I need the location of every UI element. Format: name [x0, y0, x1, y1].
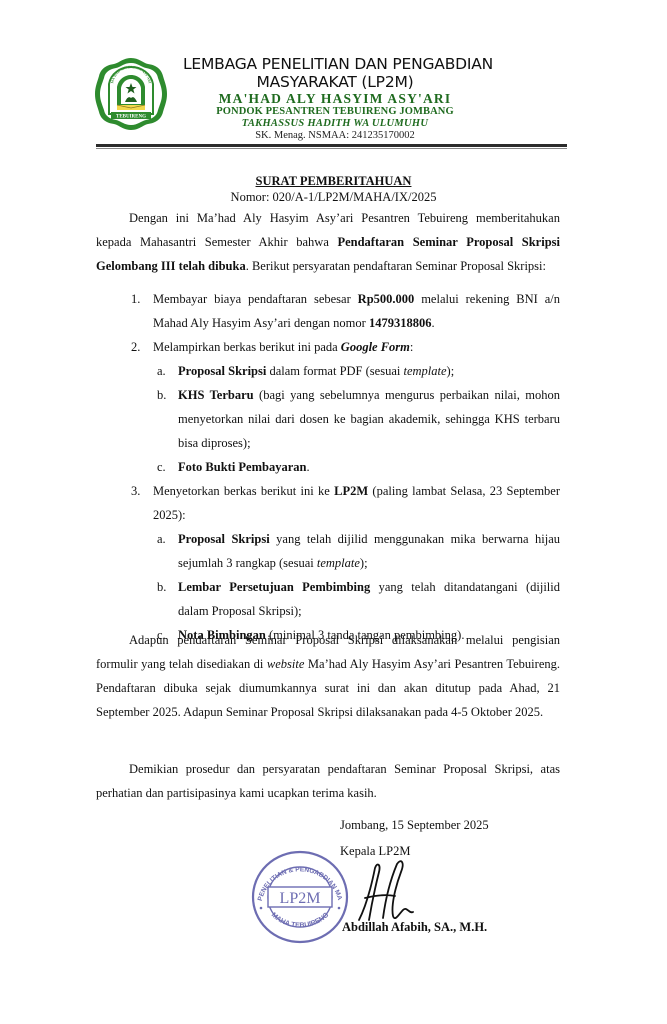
sub-list-item: b.KHS Terbaru (bagi yang sebelumnya meng… — [96, 383, 560, 455]
list-item: 2.Melampirkan berkas berikut ini pada Go… — [96, 335, 560, 359]
registration-number: SK. Menag. NSMAA: 241235170002 — [170, 130, 500, 141]
specialization: TAKHASSUS HADITH WA ULUMUHU — [170, 118, 500, 129]
letter-page: TEBUIRENG MA'HAD ALY HASYIM ASY'ARI LEMB… — [0, 0, 667, 1024]
letterhead-divider — [96, 144, 567, 147]
sub-list-item: c.Foto Bukti Pembayaran. — [96, 455, 560, 479]
requirements-list: 1.Membayar biaya pendaftaran sebesar Rp5… — [96, 287, 560, 647]
letter-title: SURAT PEMBERITAHUAN — [0, 174, 667, 189]
registration-info-paragraph: Adapun pendaftaran Seminar Proposal Skri… — [96, 628, 560, 724]
institution-name-line2: MASYARAKAT (LP2M) — [170, 73, 500, 91]
institution-name-line1: LEMBAGA PENELITIAN DAN PENGABDIAN — [172, 55, 504, 73]
handwritten-signature-icon — [355, 858, 415, 928]
intro-paragraph: Dengan ini Ma’had Aly Hasyim Asy’ari Pes… — [96, 206, 560, 278]
list-item: 1.Membayar biaya pendaftaran sebesar Rp5… — [96, 287, 560, 335]
sub-list-item: b.Lembar Persetujuan Pembimbing yang tel… — [96, 575, 560, 623]
signatory-name: Abdillah Afabih, SA., M.H. — [342, 920, 487, 935]
svg-text:TEBUIRENG: TEBUIRENG — [116, 115, 146, 120]
list-item: 3.Menyetorkan berkas berikut ini ke LP2M… — [96, 479, 560, 527]
school-name: MA'HAD ALY HASYIM ASY'ARI — [170, 91, 500, 107]
sub-list-item: a.Proposal Skripsi yang telah dijilid me… — [96, 527, 560, 575]
closing-paragraph: Demikian prosedur dan persyaratan pendaf… — [96, 757, 560, 805]
signatory-role: Kepala LP2M — [340, 844, 410, 859]
place-date: Jombang, 15 September 2025 — [340, 818, 489, 833]
letterhead-divider-thin — [96, 148, 567, 149]
official-stamp-icon: LEMBAGA PENELITIAN & PENGABDIAN MASYARAK… — [250, 848, 350, 946]
sub-list-item: a.Proposal Skripsi dalam format PDF (ses… — [96, 359, 560, 383]
svg-text:MAHA TEBUIRENG: MAHA TEBUIRENG — [270, 911, 331, 929]
pesantren-name: PONDOK PESANTREN TEBUIRENG JOMBANG — [170, 106, 500, 117]
institution-emblem-icon: TEBUIRENG MA'HAD ALY HASYIM ASY'ARI — [93, 56, 169, 132]
svg-text:LP2M: LP2M — [280, 890, 321, 907]
letter-number: Nomor: 020/A-1/LP2M/MAHA/IX/2025 — [0, 190, 667, 205]
